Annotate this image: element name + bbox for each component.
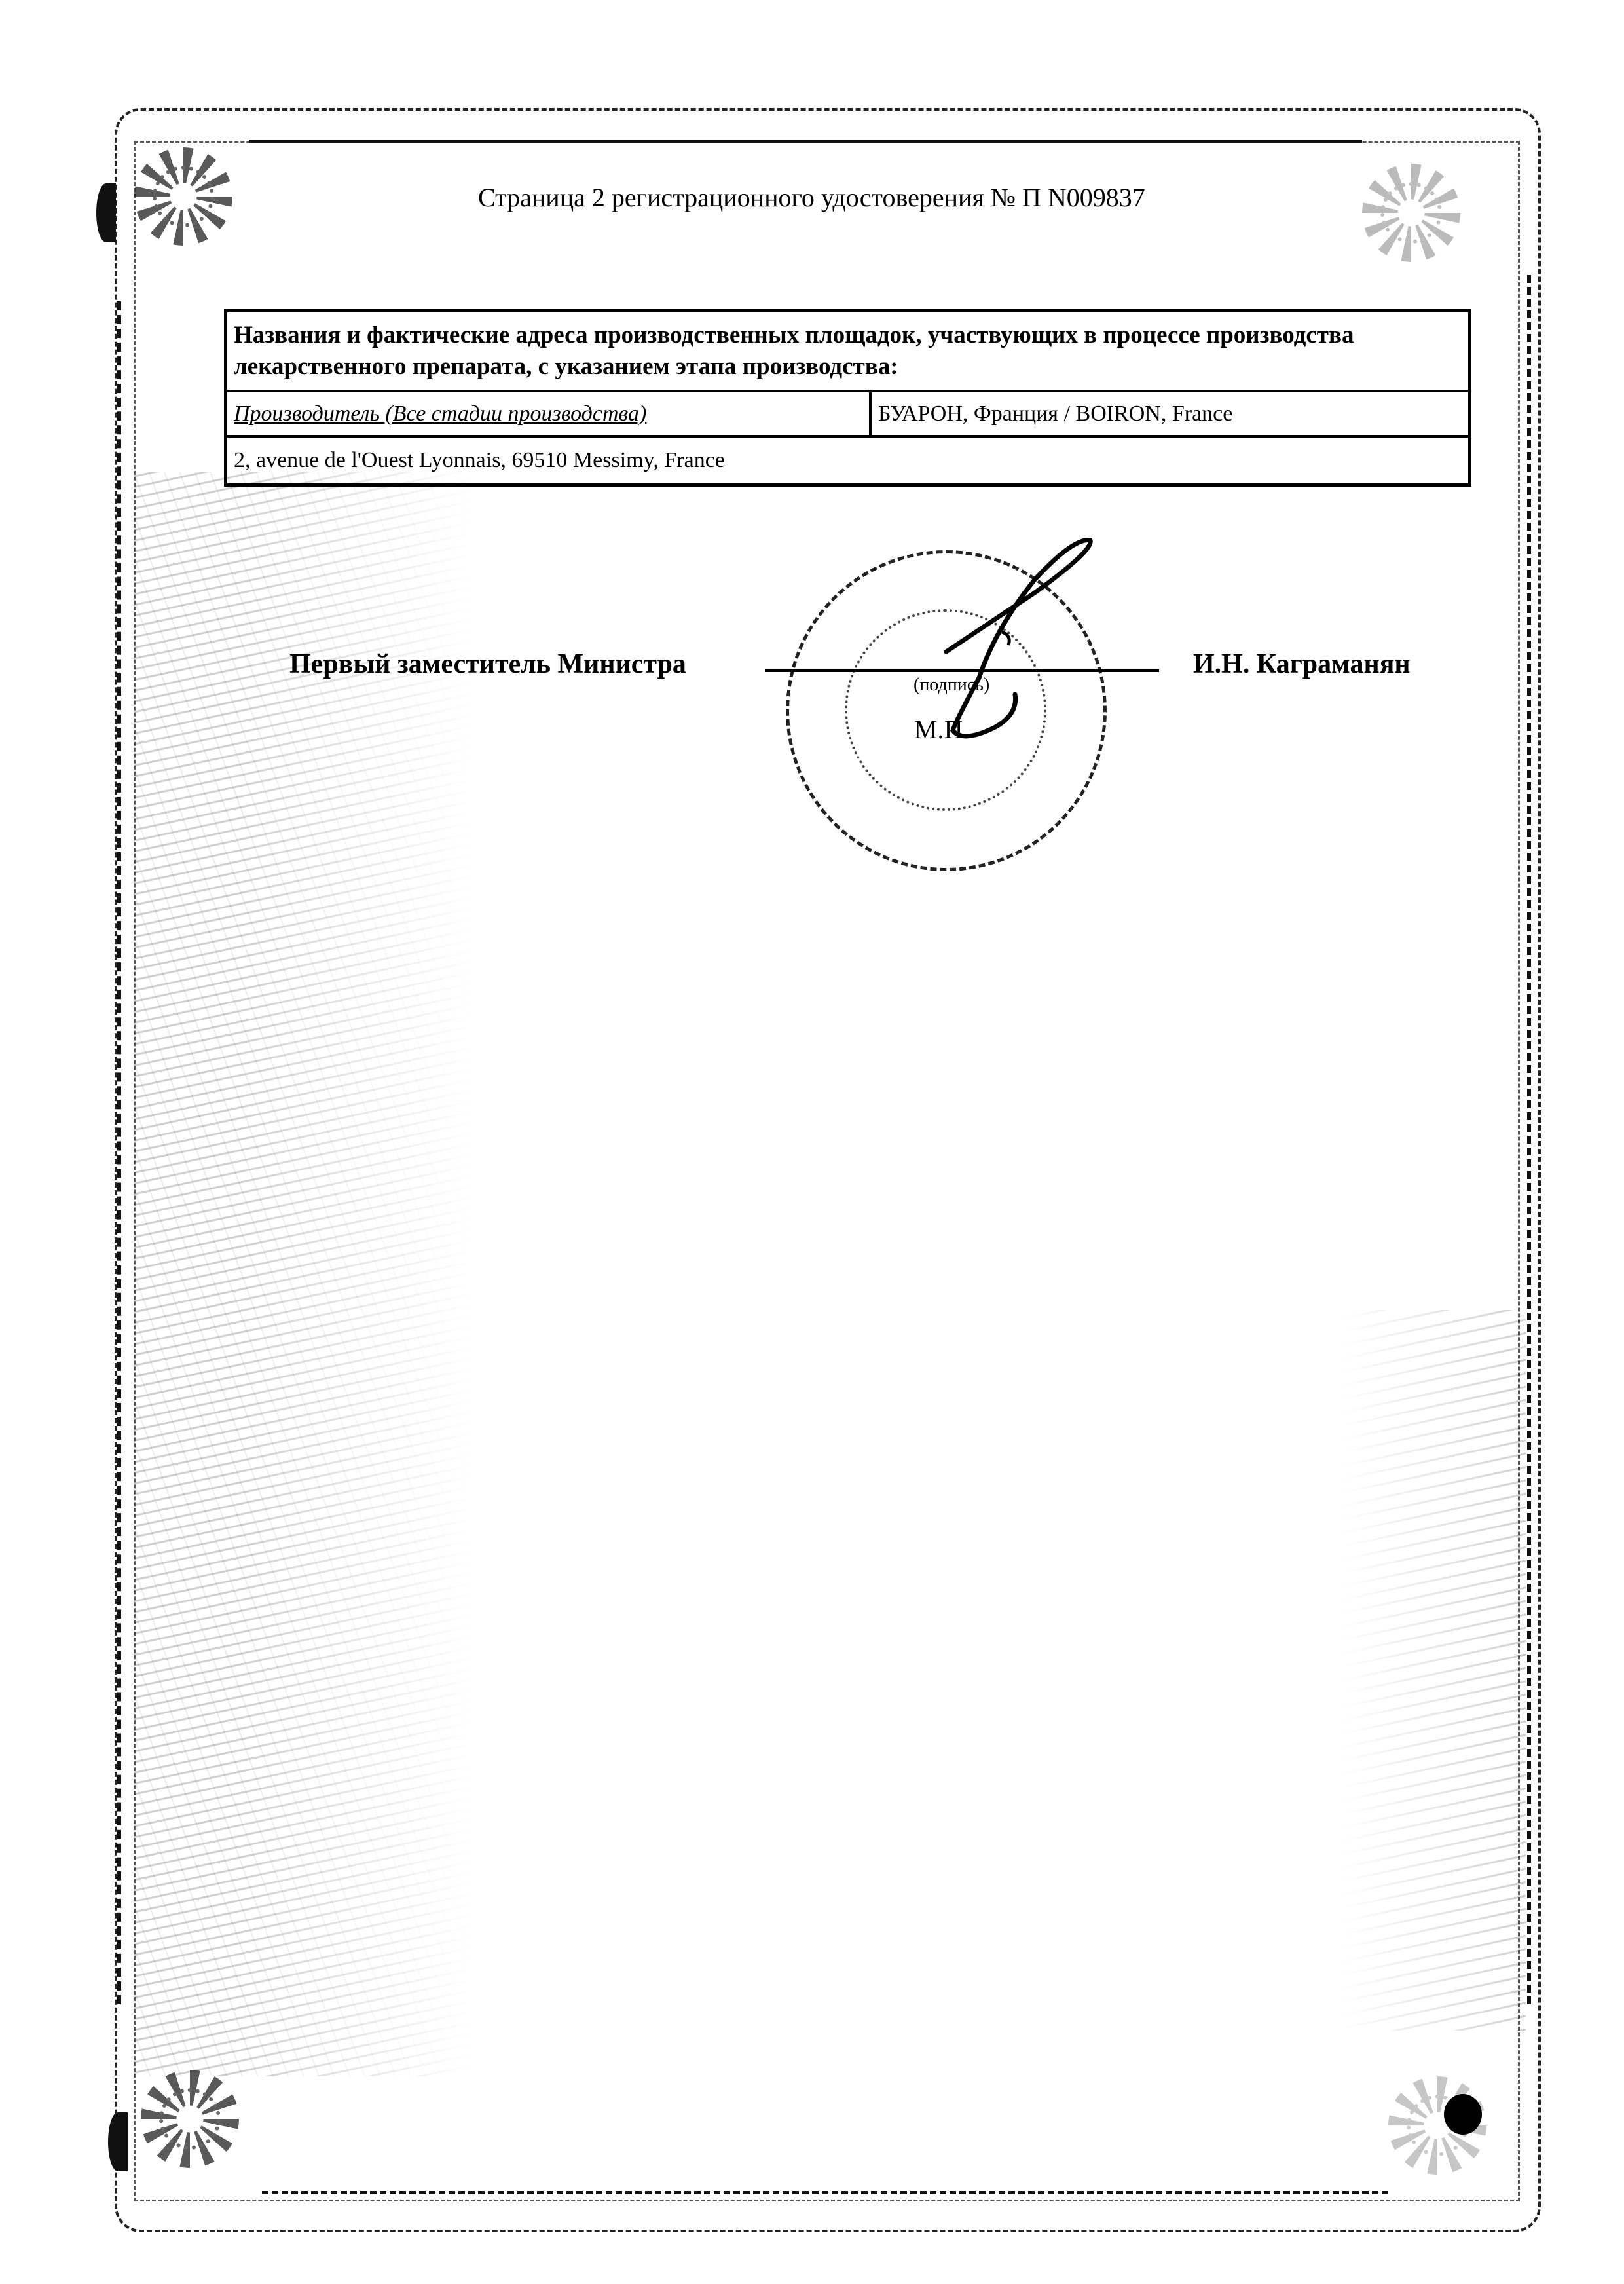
table-row: Производитель (Все стадии производства) … bbox=[226, 391, 1470, 436]
production-role-cell: Производитель (Все стадии производства) bbox=[226, 391, 871, 436]
page-header: Страница 2 регистрационного удостоверени… bbox=[478, 182, 1145, 213]
production-role-label: Производитель (Все стадии производства) bbox=[234, 402, 646, 426]
rosette-ornament-icon bbox=[134, 147, 232, 246]
stamp-placeholder-caption: М.П. bbox=[914, 714, 969, 745]
black-dot-mark-icon bbox=[1444, 2094, 1482, 2135]
manufacturer-cell: БУАРОН, Франция / BOIRON, France bbox=[870, 391, 1470, 436]
address-cell: 2, avenue de l'Ouest Lyonnais, 69510 Mes… bbox=[226, 436, 1470, 485]
guilloche-pattern-right bbox=[1342, 1310, 1526, 2031]
table-heading-row: Названия и фактические адреса производст… bbox=[226, 311, 1470, 392]
handwritten-signature-icon bbox=[877, 524, 1113, 773]
frame-side-ornament-icon bbox=[96, 183, 116, 242]
frame-side-ornament-icon bbox=[108, 2112, 128, 2171]
frame-rule-right bbox=[1527, 275, 1531, 2004]
frame-rule-bottom bbox=[262, 2191, 1388, 2194]
rosette-ornament-icon bbox=[1362, 164, 1460, 262]
signature-caption: (подпись) bbox=[913, 675, 989, 696]
table-row: 2, avenue de l'Ouest Lyonnais, 69510 Mes… bbox=[226, 436, 1470, 485]
rosette-ornament-icon bbox=[141, 2070, 239, 2168]
production-sites-table: Названия и фактические адреса производст… bbox=[224, 309, 1471, 487]
table-heading-cell: Названия и фактические адреса производст… bbox=[226, 311, 1470, 392]
guilloche-pattern-left bbox=[134, 472, 475, 2076]
frame-rule-top bbox=[249, 140, 1362, 143]
signature-line bbox=[765, 669, 1159, 672]
signatory-name: И.Н. Каграманян bbox=[1193, 648, 1411, 680]
position-title: Первый заместитель Министра bbox=[289, 648, 686, 680]
frame-rule-left bbox=[117, 301, 121, 2004]
